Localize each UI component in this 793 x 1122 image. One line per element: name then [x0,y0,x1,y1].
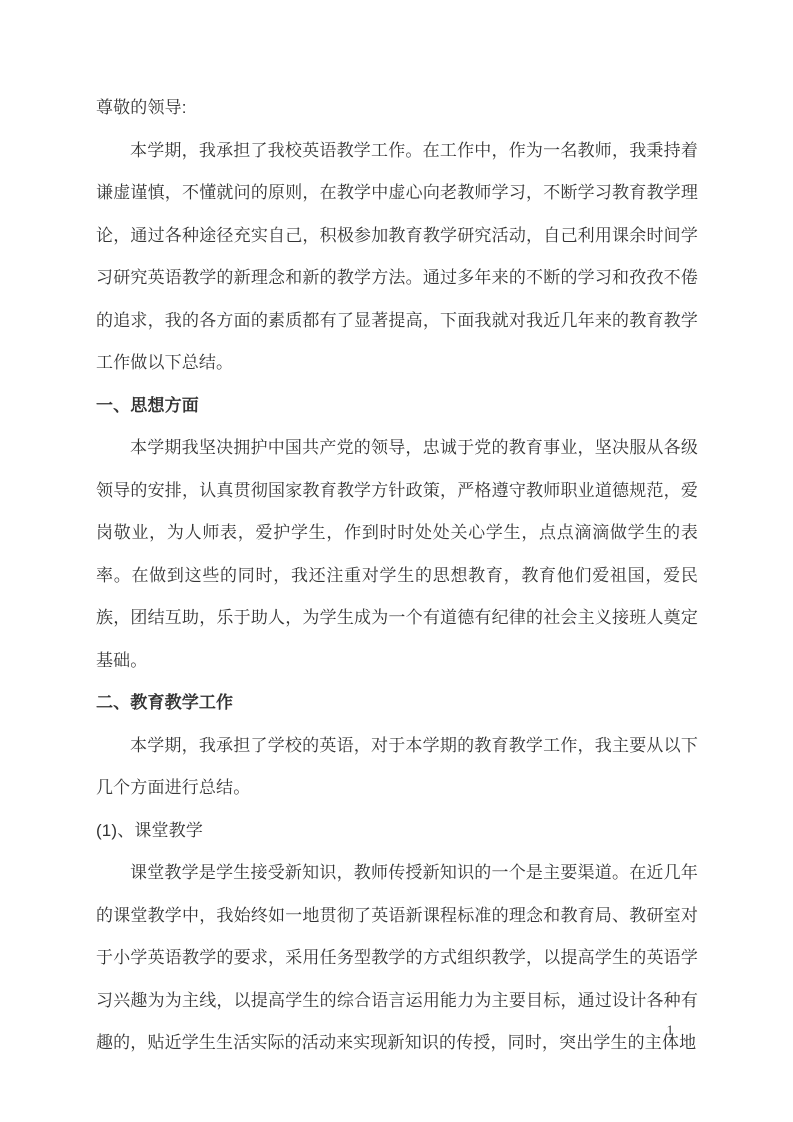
page-number: 1 [660,1021,680,1041]
paragraph-intro: 本学期，我承担了我校英语教学工作。在工作中，作为一名教师，我秉持着谦虚谨慎，不懂… [96,130,698,385]
paragraph-classroom-teaching: 课堂教学是学生接受新知识，教师传授新知识的一个是主要渠道。在近几年的课堂教学中，… [96,852,698,1065]
subheading-classroom-teaching: (1)、课堂教学 [96,810,698,853]
paragraph-section-2: 本学期，我承担了学校的英语，对于本学期的教育教学工作，我主要从以下几个方面进行总… [96,725,698,810]
document-body: 尊敬的领导: 本学期，我承担了我校英语教学工作。在工作中，作为一名教师，我秉持着… [96,87,698,1065]
heading-section-1: 一、思想方面 [96,385,698,428]
paragraph-section-1: 本学期我坚决拥护中国共产党的领导，忠诚于党的教育事业，坚决服从各级领导的安排，认… [96,427,698,682]
heading-section-2: 二、教育教学工作 [96,682,698,725]
document-page: 尊敬的领导: 本学期，我承担了我校英语教学工作。在工作中，作为一名教师，我秉持着… [0,0,793,1122]
salutation: 尊敬的领导: [96,87,698,130]
